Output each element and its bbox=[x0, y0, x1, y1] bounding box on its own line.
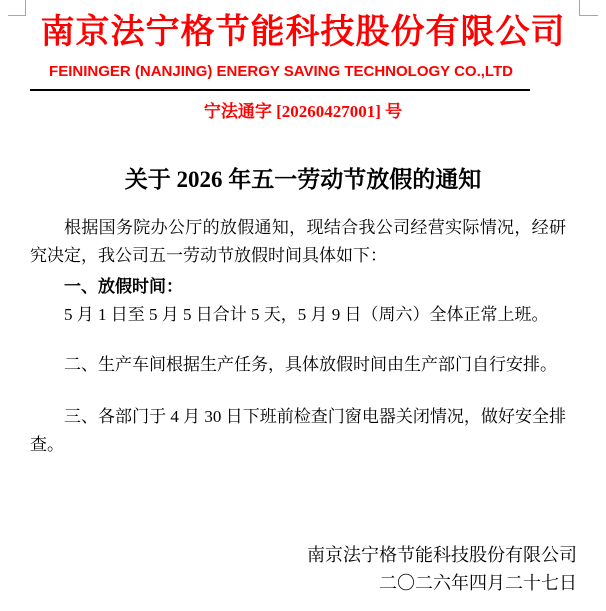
header-divider-line bbox=[30, 89, 530, 91]
paragraph-section-2: 二、生产车间根据生产任务，具体放假时间由生产部门自行安排。 bbox=[30, 351, 566, 379]
paragraph-section-1-heading: 一、放假时间： bbox=[30, 273, 566, 301]
signature-company: 南京法宁格节能科技股份有限公司 bbox=[307, 543, 577, 567]
company-name-chinese: 南京法宁格节能科技股份有限公司 bbox=[0, 12, 606, 52]
paragraph-section-3: 三、各部门于 4 月 30 日下班前检查门窗电器关闭情况，做好安全排查。 bbox=[30, 403, 566, 459]
paragraph-intro: 根据国务院办公厅的放假通知，现结合我公司经营实际情况，经研究决定，我公司五一劳动… bbox=[30, 214, 566, 270]
notice-title: 关于 2026 年五一劳动节放假的通知 bbox=[0, 165, 606, 195]
document-number: 宁法通字 [20260427001] 号 bbox=[0, 101, 606, 123]
signature-date: 二〇二六年四月二十七日 bbox=[379, 571, 577, 595]
paragraph-section-1-body: 5 月 1 日至 5 月 5 日合计 5 天，5 月 9 日（周六）全体正常上班… bbox=[30, 301, 566, 329]
company-name-english: FEININGER (NANJING) ENERGY SAVING TECHNO… bbox=[0, 62, 562, 82]
document-page: 南京法宁格节能科技股份有限公司 FEININGER (NANJING) ENER… bbox=[0, 0, 606, 611]
